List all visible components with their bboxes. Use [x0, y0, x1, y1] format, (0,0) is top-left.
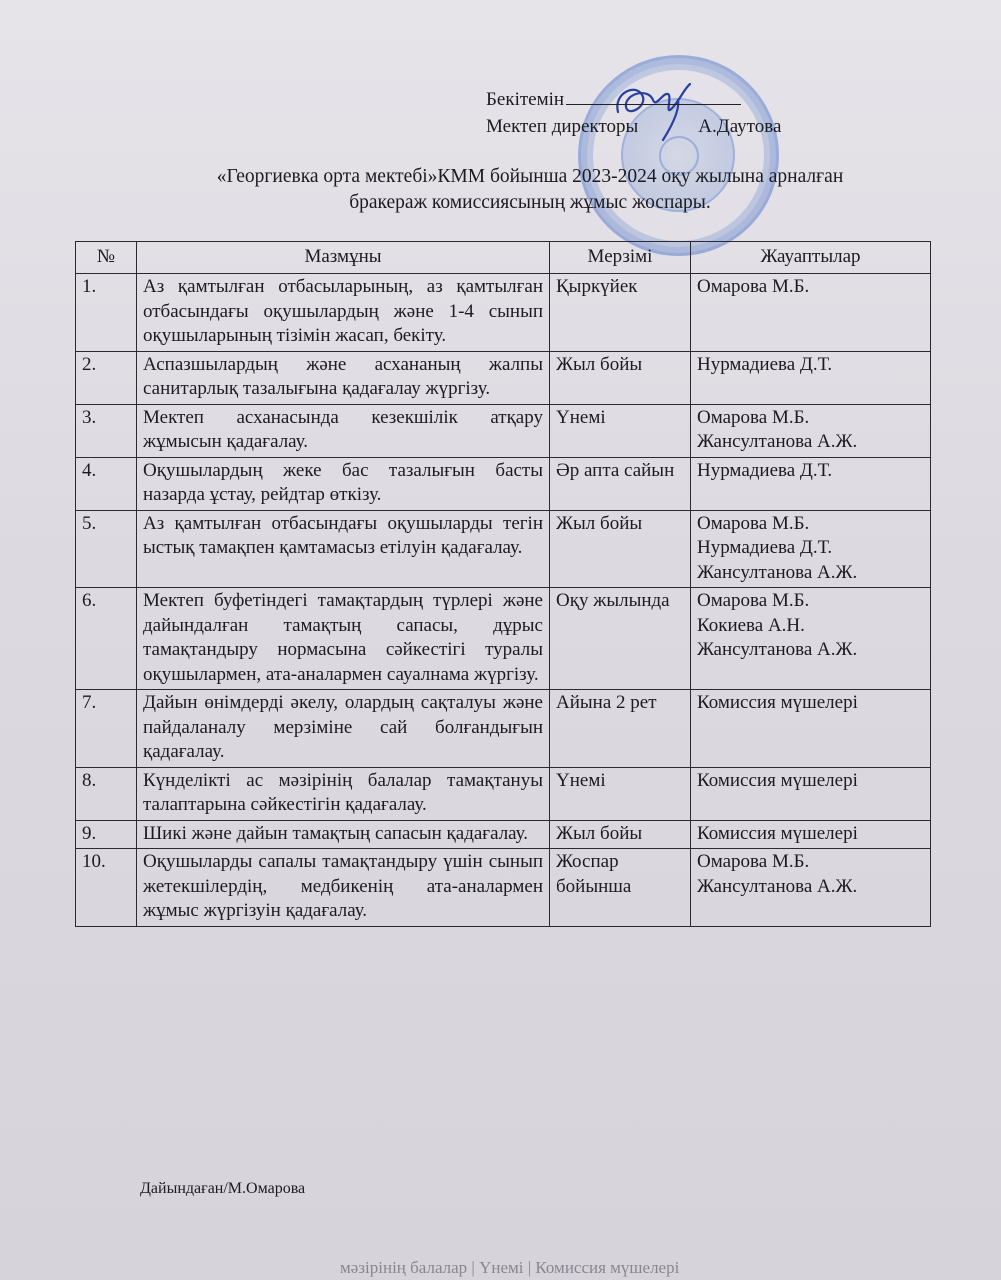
document-title: «Георгиевка орта мектебі»КММ бойынша 202…: [100, 164, 960, 216]
responsible-person: Нурмадиева Д.Т.: [697, 536, 924, 561]
header-content: Мазмұны: [137, 242, 550, 274]
work-plan-table: № Мазмұны Мерзімі Жауаптылар 1.Аз қамтыл…: [75, 241, 931, 927]
approval-label: Бекітемін: [486, 86, 564, 113]
row-content: Күнделікті ас мәзірінің балалар тамақтан…: [137, 767, 550, 820]
responsible-person: Омарова М.Б.: [697, 275, 924, 300]
row-number: 6.: [76, 588, 137, 690]
row-content: Шикі және дайын тамақтың сапасын қадағал…: [137, 820, 550, 849]
approval-block: Бекітемін Мектеп директоры А.Даутова: [486, 86, 781, 140]
responsible-person: Жансултанова А.Ж.: [697, 875, 924, 900]
row-number: 5.: [76, 510, 137, 588]
row-responsible: Омарова М.Б.Жансултанова А.Ж.: [691, 404, 931, 457]
bleed-through-text: мәзірінің балалар | Үнемі | Комиссия мүш…: [340, 1258, 679, 1278]
header-responsible: Жауаптылар: [691, 242, 931, 274]
row-term: Әр апта сайын: [550, 457, 691, 510]
responsible-person: Жансултанова А.Ж.: [697, 561, 924, 586]
row-number: 10.: [76, 849, 137, 927]
header-term: Мерзімі: [550, 242, 691, 274]
table-row: 6.Мектеп буфетіндегі тамақтардың түрлері…: [76, 588, 931, 690]
row-responsible: Комиссия мүшелері: [691, 690, 931, 768]
responsible-person: Омарова М.Б.: [697, 850, 924, 875]
row-content: Оқушыларды сапалы тамақтандыру үшін сыны…: [137, 849, 550, 927]
row-responsible: Омарова М.Б.Нурмадиева Д.Т.Жансултанова …: [691, 510, 931, 588]
table-row: 3.Мектеп асханасында кезекшілік атқару ж…: [76, 404, 931, 457]
row-content: Аз қамтылған отбасыларының, аз қамтылған…: [137, 274, 550, 352]
table-row: 1.Аз қамтылған отбасыларының, аз қамтылғ…: [76, 274, 931, 352]
row-responsible: Комиссия мүшелері: [691, 767, 931, 820]
director-name: А.Даутова: [698, 113, 781, 140]
row-content: Аспазшылардың және асхананың жалпы санит…: [137, 351, 550, 404]
row-content: Мектеп асханасында кезекшілік атқару жұм…: [137, 404, 550, 457]
title-line-1: «Георгиевка орта мектебі»КММ бойынша 202…: [100, 164, 960, 190]
table-row: 4.Оқушылардың жеке бас тазалығын басты н…: [76, 457, 931, 510]
responsible-person: Омарова М.Б.: [697, 512, 924, 537]
row-number: 2.: [76, 351, 137, 404]
prepared-by: Дайындаған/М.Омарова: [140, 1180, 305, 1198]
row-term: Оқу жылында: [550, 588, 691, 690]
row-responsible: Омарова М.Б.Кокиева А.Н.Жансултанова А.Ж…: [691, 588, 931, 690]
row-term: Үнемі: [550, 404, 691, 457]
row-number: 3.: [76, 404, 137, 457]
row-content: Дайын өнімдерді әкелу, олардың сақталуы …: [137, 690, 550, 768]
table-row: 9.Шикі және дайын тамақтың сапасын қадағ…: [76, 820, 931, 849]
row-responsible: Комиссия мүшелері: [691, 820, 931, 849]
table-row: 10.Оқушыларды сапалы тамақтандыру үшін с…: [76, 849, 931, 927]
responsible-person: Кокиева А.Н.: [697, 614, 924, 639]
table-header-row: № Мазмұны Мерзімі Жауаптылар: [76, 242, 931, 274]
table-row: 5.Аз қамтылған отбасындағы оқушыларды те…: [76, 510, 931, 588]
responsible-person: Жансултанова А.Ж.: [697, 638, 924, 663]
row-number: 8.: [76, 767, 137, 820]
row-term: Айына 2 рет: [550, 690, 691, 768]
responsible-person: Жансултанова А.Ж.: [697, 430, 924, 455]
title-line-2: бракераж комиссиясының жұмыс жоспары.: [100, 190, 960, 216]
row-term: Жоспар бойынша: [550, 849, 691, 927]
document-page: Бекітемін Мектеп директоры А.Даутова «Ге…: [0, 0, 1001, 1280]
responsible-person: Комиссия мүшелері: [697, 822, 924, 847]
row-responsible: Омарова М.Б.: [691, 274, 931, 352]
row-term: Жыл бойы: [550, 510, 691, 588]
table-row: 7.Дайын өнімдерді әкелу, олардың сақталу…: [76, 690, 931, 768]
row-number: 1.: [76, 274, 137, 352]
responsible-person: Нурмадиева Д.Т.: [697, 459, 924, 484]
row-responsible: Омарова М.Б.Жансултанова А.Ж.: [691, 849, 931, 927]
responsible-person: Омарова М.Б.: [697, 589, 924, 614]
row-content: Мектеп буфетіндегі тамақтардың түрлері ж…: [137, 588, 550, 690]
row-number: 9.: [76, 820, 137, 849]
row-term: Үнемі: [550, 767, 691, 820]
table-row: 2.Аспазшылардың және асхананың жалпы сан…: [76, 351, 931, 404]
responsible-person: Комиссия мүшелері: [697, 691, 924, 716]
row-responsible: Нурмадиева Д.Т.: [691, 457, 931, 510]
responsible-person: Комиссия мүшелері: [697, 769, 924, 794]
header-number: №: [76, 242, 137, 274]
responsible-person: Нурмадиева Д.Т.: [697, 353, 924, 378]
row-content: Оқушылардың жеке бас тазалығын басты наз…: [137, 457, 550, 510]
responsible-person: Омарова М.Б.: [697, 406, 924, 431]
row-number: 7.: [76, 690, 137, 768]
row-term: Жыл бойы: [550, 820, 691, 849]
director-position: Мектеп директоры: [486, 113, 638, 140]
row-number: 4.: [76, 457, 137, 510]
table-row: 8.Күнделікті ас мәзірінің балалар тамақт…: [76, 767, 931, 820]
row-content: Аз қамтылған отбасындағы оқушыларды тегі…: [137, 510, 550, 588]
row-responsible: Нурмадиева Д.Т.: [691, 351, 931, 404]
row-term: Қыркүйек: [550, 274, 691, 352]
row-term: Жыл бойы: [550, 351, 691, 404]
signature-line: [566, 86, 741, 105]
